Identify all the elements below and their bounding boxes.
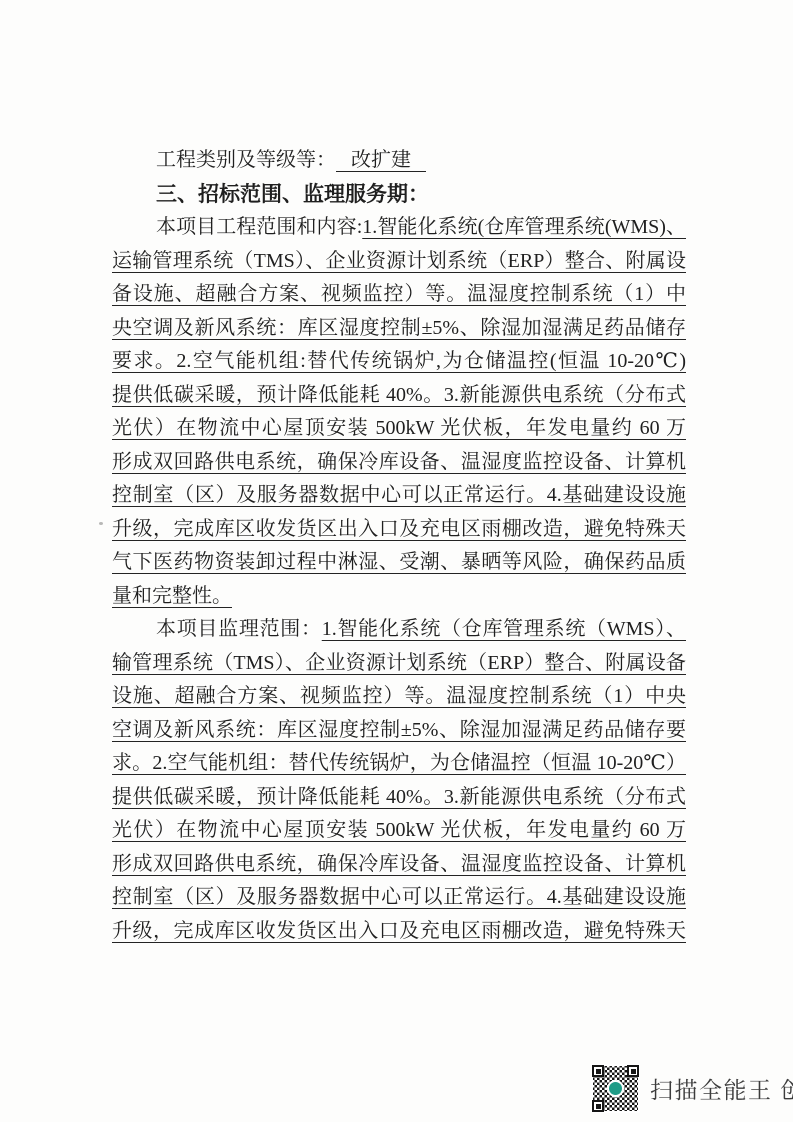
paragraph-project-scope: 本项目工程范围和内容:1.智能化系统(仓库管理系统(WMS)、运输管理系统（TM… — [112, 211, 686, 613]
line-underlined-text: 求。2.空气能机组：替代传统锅炉，为仓储温控（恒温 10-20℃） — [112, 752, 686, 774]
line-underlined-text: 1.智能化系统(仓库管理系统(WMS)、 — [362, 216, 686, 238]
text-line: 量和完整性。 — [112, 580, 686, 614]
qr-finder-top-left — [592, 1065, 604, 1077]
field-label: 工程类别及等级等： — [156, 149, 336, 171]
text-line: 设施、超融合方案、视频监控）等。温湿度控制系统（1）中央 — [112, 680, 686, 714]
text-line: 求。2.空气能机组：替代传统锅炉，为仓储温控（恒温 10-20℃） — [112, 747, 686, 781]
text-line: 空调及新风系统：库区湿度控制±5%、除湿加湿满足药品储存要 — [112, 714, 686, 748]
paragraph-supervision-scope: 本项目监理范围：1.智能化系统（仓库管理系统（WMS）、运输管理系统（TMS）、… — [112, 613, 686, 948]
text-line: 本项目监理范围：1.智能化系统（仓库管理系统（WMS）、运 — [112, 613, 686, 647]
qr-finder-bottom-left — [592, 1100, 604, 1112]
line-underlined-text: 升级，完成库区收发货区出入口及充电区雨棚改造，避免特殊天 — [112, 920, 686, 942]
scan-artifact-speck — [99, 522, 103, 525]
text-line: 气下医药物资装卸过程中淋湿、受潮、暴晒等风险，确保药品质 — [112, 546, 686, 580]
line-underlined-text: 运输管理系统（TMS）、企业资源计划系统（ERP）整合、附属设 — [112, 250, 686, 272]
line-underlined-text: 备设施、超融合方案、视频监控）等。温湿度控制系统（1）中 — [112, 283, 686, 305]
line-underlined-text: 空调及新风系统：库区湿度控制±5%、除湿加湿满足药品储存要 — [112, 719, 686, 741]
text-line: 央空调及新风系统：库区湿度控制±5%、除湿加湿满足药品储存 — [112, 312, 686, 346]
text-line: 提供低碳采暖，预计降低能耗 40%。3.新能源供电系统（分布式 — [112, 379, 686, 413]
text-line: 升级，完成库区收发货区出入口及充电区雨棚改造，避免特殊天 — [112, 513, 686, 547]
line-underlined-text: 提供低碳采暖，预计降低能耗 40%。3.新能源供电系统（分布式 — [112, 384, 686, 406]
text-line: 控制室（区）及服务器数据中心可以正常运行。4.基础建设设施 — [112, 479, 686, 513]
watermark-text: 扫描全能王 创建 — [650, 1072, 793, 1105]
camscanner-watermark: 扫描全能王 创建 — [592, 1065, 793, 1112]
text-line: 本项目工程范围和内容:1.智能化系统(仓库管理系统(WMS)、 — [112, 211, 686, 245]
line-underlined-text: 要求。2.空气能机组:替代传统锅炉,为仓储温控(恒温 10-20℃) — [112, 350, 686, 372]
line-underlined-text: 升级，完成库区收发货区出入口及充电区雨棚改造，避免特殊天 — [112, 518, 686, 540]
line-underlined-text: 提供低碳采暖，预计降低能耗 40%。3.新能源供电系统（分布式 — [112, 786, 686, 808]
text-line: 形成双回路供电系统，确保冷库设备、温湿度监控设备、计算机 — [112, 848, 686, 882]
qr-code-icon — [592, 1065, 639, 1112]
line-plain-text: 本项目工程范围和内容: — [156, 216, 362, 238]
text-line: 升级，完成库区收发货区出入口及充电区雨棚改造，避免特殊天 — [112, 915, 686, 949]
document-content: 工程类别及等级等：改扩建 三、招标范围、监理服务期： 本项目工程范围和内容:1.… — [112, 144, 686, 948]
line-underlined-text: 光伏）在物流中心屋顶安装 500kW 光伏板，年发电量约 60 万度， — [112, 819, 686, 848]
line-underlined-text: 设施、超融合方案、视频监控）等。温湿度控制系统（1）中央 — [112, 685, 686, 707]
line-underlined-text: 输管理系统（TMS）、企业资源计划系统（ERP）整合、附属设备 — [112, 652, 686, 674]
line-underlined-text: 光伏）在物流中心屋顶安装 500kW 光伏板，年发电量约 60 万度， — [112, 417, 686, 446]
text-line: 运输管理系统（TMS）、企业资源计划系统（ERP）整合、附属设 — [112, 245, 686, 279]
qr-finder-top-right — [627, 1065, 639, 1077]
scanned-document-page: 工程类别及等级等：改扩建 三、招标范围、监理服务期： 本项目工程范围和内容:1.… — [0, 0, 793, 1122]
text-line: 控制室（区）及服务器数据中心可以正常运行。4.基础建设设施 — [112, 881, 686, 915]
text-line: 要求。2.空气能机组:替代传统锅炉,为仓储温控(恒温 10-20℃) — [112, 345, 686, 379]
line-underlined-text: 气下医药物资装卸过程中淋湿、受潮、暴晒等风险，确保药品质 — [112, 551, 686, 573]
section-heading: 三、招标范围、监理服务期： — [112, 178, 686, 212]
text-line: 备设施、超融合方案、视频监控）等。温湿度控制系统（1）中 — [112, 278, 686, 312]
qr-center-logo — [607, 1080, 624, 1097]
text-line: 光伏）在物流中心屋顶安装 500kW 光伏板，年发电量约 60 万度， — [112, 412, 686, 446]
text-line: 光伏）在物流中心屋顶安装 500kW 光伏板，年发电量约 60 万度， — [112, 814, 686, 848]
field-value-underlined: 改扩建 — [336, 149, 426, 172]
text-line: 形成双回路供电系统，确保冷库设备、温湿度监控设备、计算机 — [112, 446, 686, 480]
text-line: 输管理系统（TMS）、企业资源计划系统（ERP）整合、附属设备 — [112, 647, 686, 681]
line-underlined-text: 央空调及新风系统：库区湿度控制±5%、除湿加湿满足药品储存 — [112, 317, 686, 339]
field-line: 工程类别及等级等：改扩建 — [112, 144, 686, 178]
line-underlined-text: 控制室（区）及服务器数据中心可以正常运行。4.基础建设设施 — [112, 484, 686, 506]
line-underlined-text: 量和完整性。 — [112, 585, 232, 607]
line-underlined-text: 控制室（区）及服务器数据中心可以正常运行。4.基础建设设施 — [112, 886, 686, 908]
line-plain-text: 本项目监理范围： — [156, 618, 322, 640]
line-underlined-text: 形成双回路供电系统，确保冷库设备、温湿度监控设备、计算机 — [112, 451, 686, 473]
line-underlined-text: 形成双回路供电系统，确保冷库设备、温湿度监控设备、计算机 — [112, 853, 686, 875]
text-line: 提供低碳采暖，预计降低能耗 40%。3.新能源供电系统（分布式 — [112, 781, 686, 815]
